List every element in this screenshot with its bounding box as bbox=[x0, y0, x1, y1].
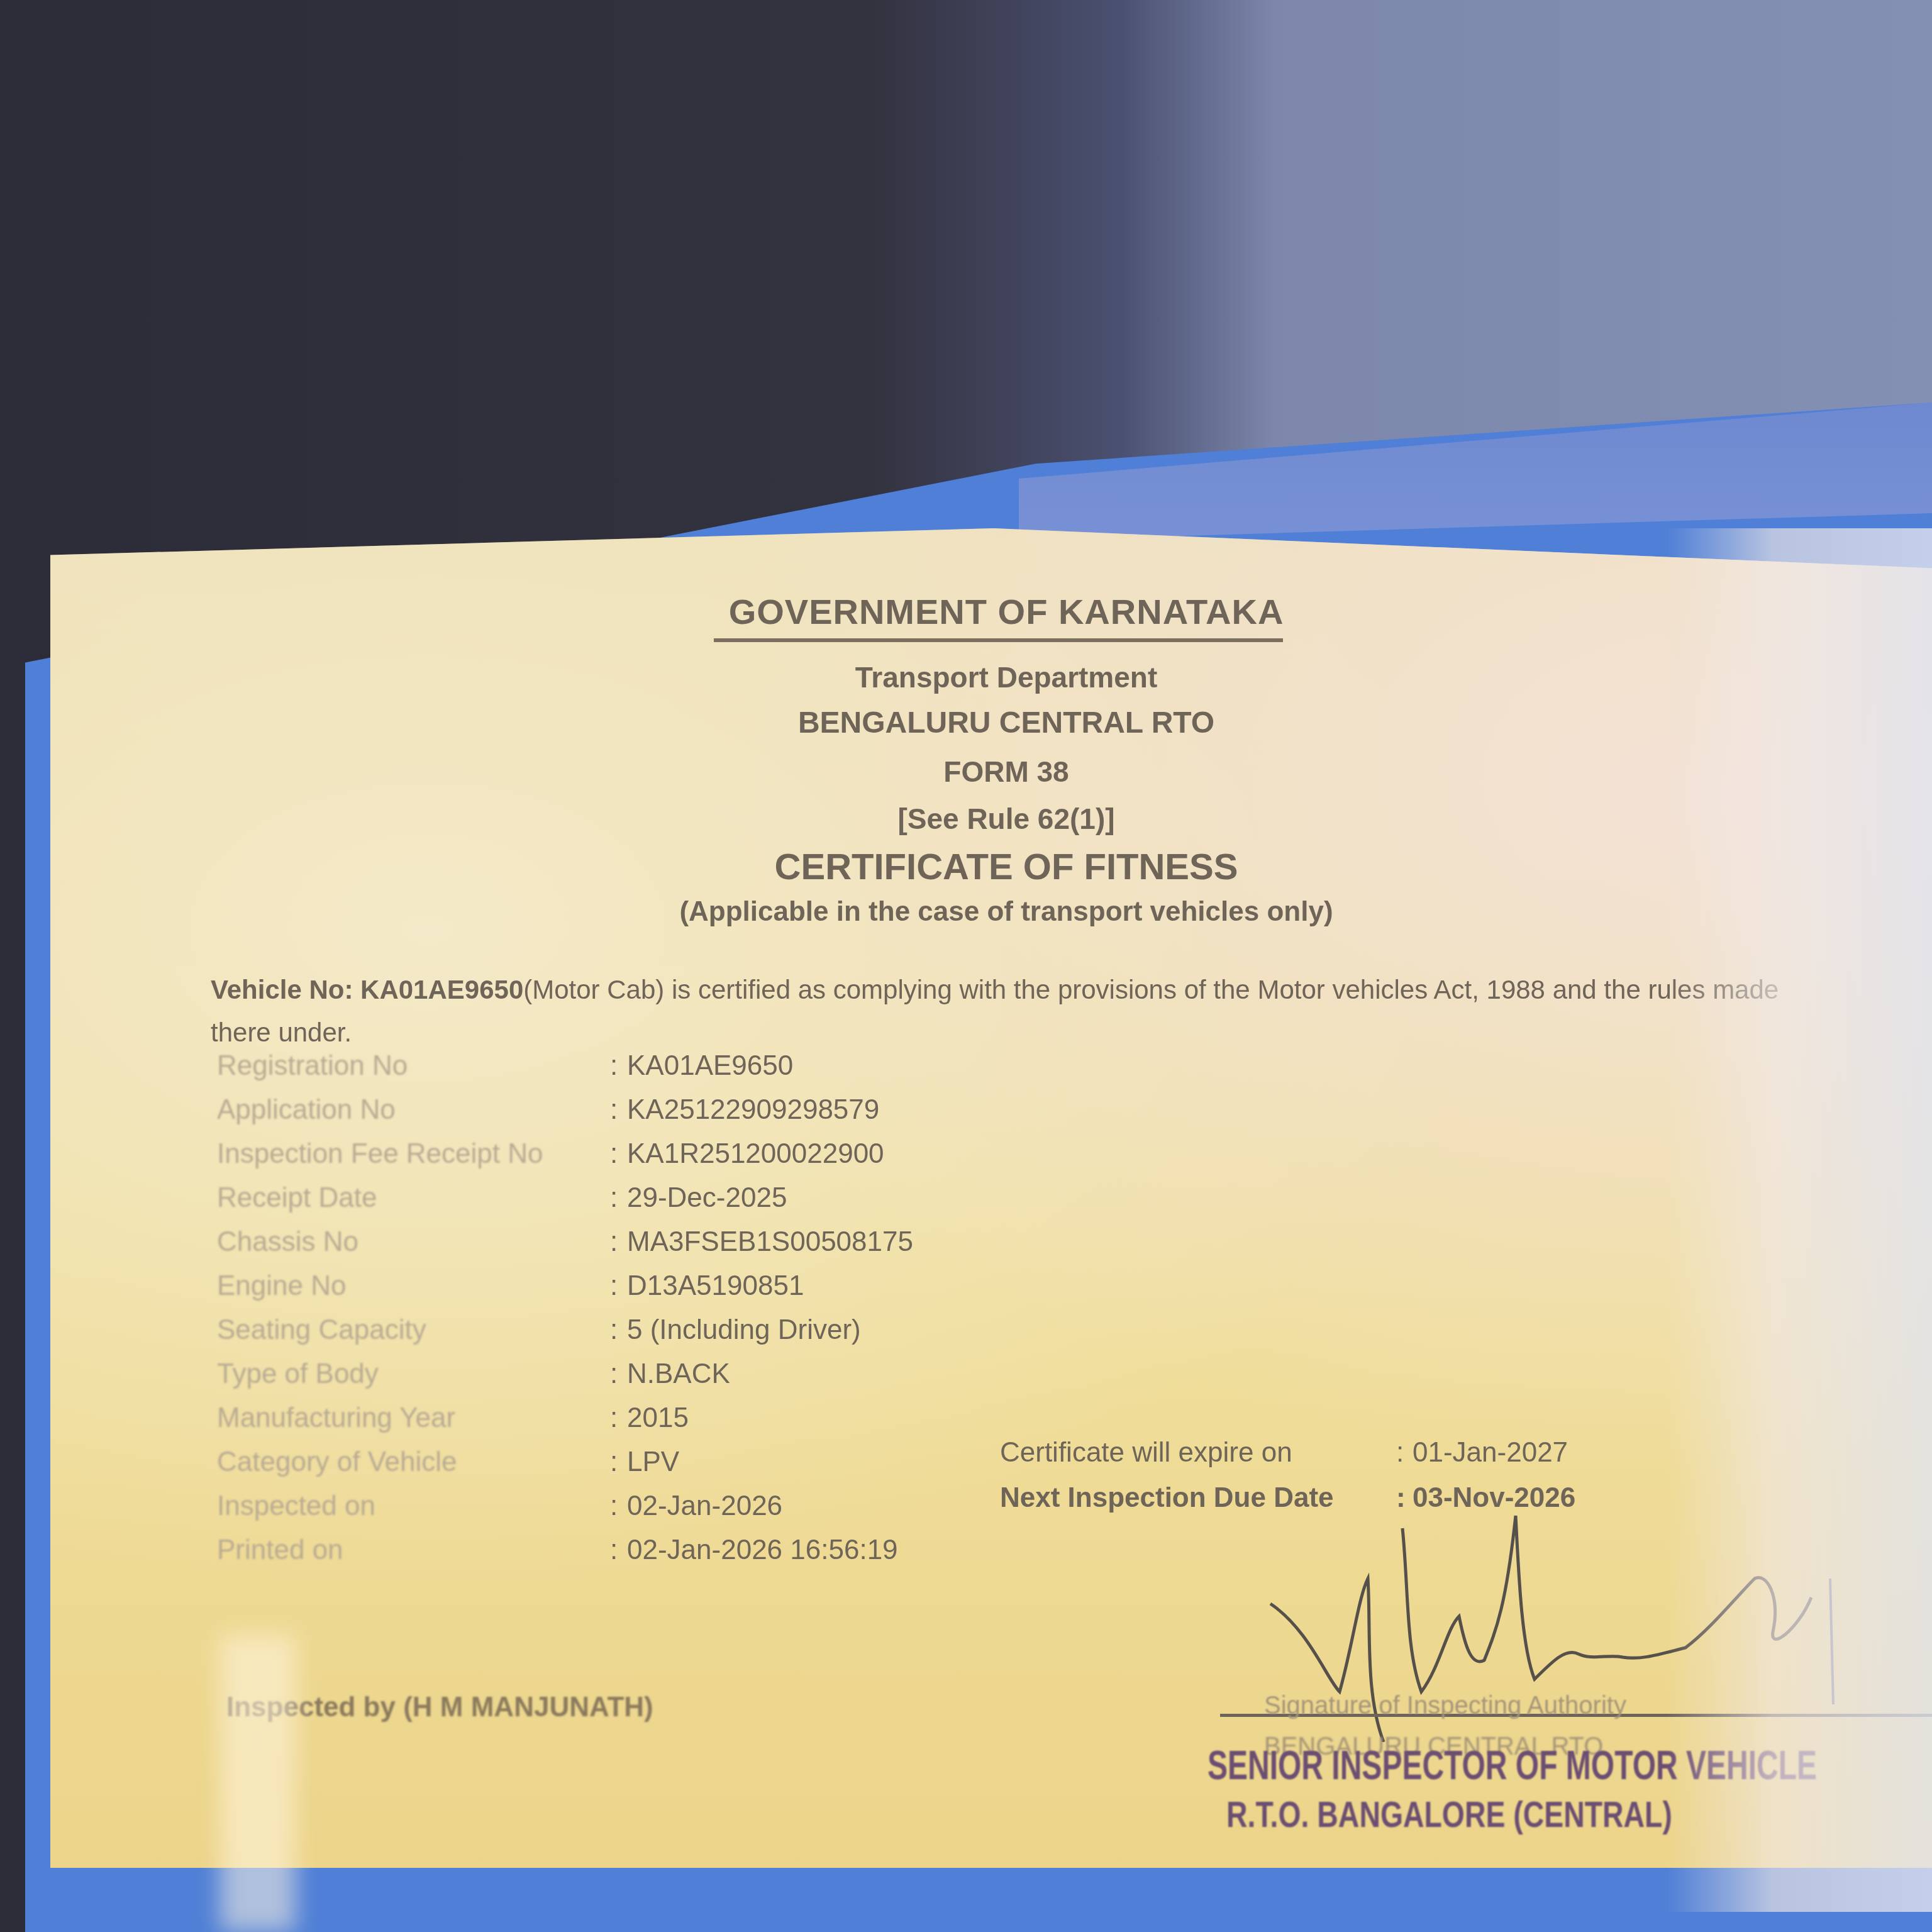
field-value: D13A5190851 bbox=[627, 1270, 804, 1302]
field-value: LPV bbox=[627, 1446, 679, 1478]
field-value: 5 (Including Driver) bbox=[627, 1314, 861, 1346]
field-label: Chassis No bbox=[217, 1226, 619, 1258]
field-label: Category of Vehicle bbox=[217, 1446, 619, 1478]
separator: : bbox=[610, 1314, 618, 1346]
vehicle-no-prefix: Vehicle No: bbox=[211, 975, 360, 1004]
field-label: Manufacturing Year bbox=[217, 1402, 619, 1434]
field-label: Printed on bbox=[217, 1535, 619, 1566]
separator: : bbox=[610, 1182, 618, 1214]
separator: : bbox=[1396, 1437, 1404, 1468]
separator: : bbox=[610, 1094, 618, 1126]
rule-reference: [See Rule 62(1)] bbox=[629, 802, 1384, 836]
expiry-value: 01-Jan-2027 bbox=[1413, 1437, 1568, 1468]
light-glare-right bbox=[1667, 528, 1932, 1912]
heading-underline bbox=[714, 638, 1283, 642]
vehicle-no: KA01AE9650 bbox=[360, 975, 523, 1004]
applicability-note: (Applicable in the case of transport veh… bbox=[566, 896, 1446, 928]
field-value: 02-Jan-2026 16:56:19 bbox=[627, 1535, 898, 1566]
signature-label: Signature of Inspecting Authority bbox=[1264, 1692, 1626, 1720]
field-label: Inspection Fee Receipt No bbox=[217, 1138, 619, 1170]
field-value: 29-Dec-2025 bbox=[627, 1182, 787, 1214]
separator: : bbox=[610, 1138, 618, 1170]
separator: : bbox=[610, 1446, 618, 1478]
form-number: FORM 38 bbox=[629, 755, 1384, 789]
department-heading: Transport Department bbox=[629, 660, 1384, 694]
separator: : bbox=[610, 1226, 618, 1258]
field-value: N.BACK bbox=[627, 1358, 730, 1390]
field-label: Seating Capacity bbox=[217, 1314, 619, 1346]
office-heading: BENGALURU CENTRAL RTO bbox=[629, 706, 1384, 740]
field-value: 2015 bbox=[627, 1402, 689, 1434]
expiry-label: Certificate will expire on bbox=[1000, 1437, 1292, 1468]
field-value: 02-Jan-2026 bbox=[627, 1491, 782, 1522]
field-value: KA25122909298579 bbox=[627, 1094, 879, 1126]
certificate-title: CERTIFICATE OF FITNESS bbox=[629, 846, 1384, 888]
separator: : bbox=[610, 1270, 618, 1302]
separator: : bbox=[610, 1491, 618, 1522]
field-label: Inspected on bbox=[217, 1491, 619, 1522]
separator: : bbox=[610, 1358, 618, 1390]
separator: : bbox=[610, 1402, 618, 1434]
field-value: MA3FSEB1S00508175 bbox=[627, 1226, 913, 1258]
field-label: Receipt Date bbox=[217, 1182, 619, 1214]
separator: : bbox=[610, 1050, 618, 1082]
field-value: KA1R251200022900 bbox=[627, 1138, 884, 1170]
field-label: Engine No bbox=[217, 1270, 619, 1302]
light-glare bbox=[220, 1635, 296, 1932]
field-label: Application No bbox=[217, 1094, 619, 1126]
government-heading: GOVERNMENT OF KARNATAKA bbox=[629, 591, 1384, 632]
certification-statement: Vehicle No: KA01AE9650(Motor Cab) is cer… bbox=[211, 969, 1783, 1054]
separator: : bbox=[610, 1535, 618, 1566]
field-label: Type of Body bbox=[217, 1358, 619, 1390]
field-value: KA01AE9650 bbox=[627, 1050, 793, 1082]
field-label: Registration No bbox=[217, 1050, 619, 1082]
